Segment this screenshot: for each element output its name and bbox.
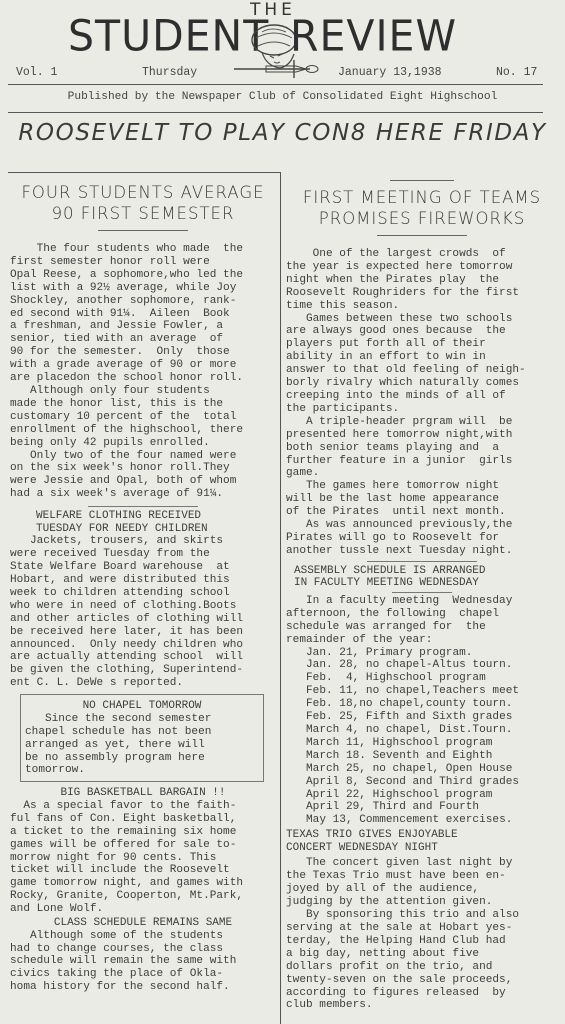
- notice-body: Since the second semesterchapel schedule…: [25, 713, 259, 778]
- text-line: a big day, netting about five: [286, 948, 558, 961]
- right-column: FIRST MEETING OF TEAMS PROMISES FIREWORK…: [286, 170, 558, 1012]
- text-line: are always good ones because the: [286, 325, 558, 338]
- volume-label: Vol. 1: [16, 66, 57, 79]
- divider-rule: [8, 112, 543, 113]
- text-line: night when the Pirates play the: [286, 274, 558, 287]
- short-rule: [88, 506, 198, 507]
- day-label: Thursday: [142, 66, 197, 79]
- text-line: answer to that old feeling of neigh-: [286, 364, 558, 377]
- text-line: 90 for the semester. Only those: [10, 346, 276, 359]
- text-line: are actually attending school will: [10, 651, 276, 664]
- text-line: Shockley, another sophomore, rank-: [10, 295, 276, 308]
- text-line: Although some of the students: [10, 930, 276, 943]
- headline-line: FIRST MEETING OF TEAMS: [286, 187, 558, 208]
- headline-class-schedule: CLASS SCHEDULE REMAINS SAME: [10, 917, 276, 930]
- text-line: afternoon, the following chapel: [286, 608, 558, 621]
- text-line: being only 42 pupils enrolled.: [10, 437, 276, 450]
- text-line: games will be offered for sale to-: [10, 839, 276, 852]
- text-line: As was announced previously,the: [286, 519, 558, 532]
- text-line: Jackets, trousers, and skirts: [10, 535, 276, 548]
- text-line: will be the last home appearance: [286, 493, 558, 506]
- issue-number: No. 17: [496, 66, 537, 79]
- text-line: By sponsoring this trio and also: [286, 909, 558, 922]
- text-line: civics taking the place of Okla-: [10, 968, 276, 981]
- text-line: the participants.: [286, 403, 558, 416]
- text-line: homa history for the second half.: [10, 981, 276, 994]
- text-line: club members.: [286, 999, 558, 1012]
- headline-line: WELFARE CLOTHING RECEIVED: [36, 510, 276, 523]
- text-line: Pirates will go to Roosevelt for: [286, 532, 558, 545]
- headline-texas-trio: TEXAS TRIO GIVES ENJOYABLE CONCERT WEDNE…: [286, 829, 558, 854]
- boxed-notice-no-chapel: NO CHAPEL TOMORROW Since the second seme…: [20, 694, 264, 782]
- text-line: March 18. Seventh and Eighth: [306, 750, 558, 763]
- text-line: joyed by all of the audience,: [286, 883, 558, 896]
- text-line: chapel schedule has not been: [25, 726, 259, 739]
- text-line: arranged as yet, there will: [25, 739, 259, 752]
- text-line: ed second with 91¼. Aileen Book: [10, 308, 276, 321]
- text-line: of the Pirates until next month.: [286, 506, 558, 519]
- short-rule: [392, 592, 452, 593]
- text-line: State Welfare Board warehouse at: [10, 561, 276, 574]
- short-rule: [377, 235, 467, 236]
- headline-basketball-bargain: BIG BASKETBALL BARGAIN !!: [10, 787, 276, 800]
- text-line: customary 10 percent of the total: [10, 411, 276, 424]
- text-line: ful fans of Con. Eight basketball,: [10, 813, 276, 826]
- text-line: who were in need of clothing.Boots: [10, 600, 276, 613]
- article-honor-roll: The four students who made thefirst seme…: [10, 243, 276, 501]
- text-line: Only two of the four named were: [10, 450, 276, 463]
- text-line: week to children attending school: [10, 587, 276, 600]
- text-line: enrollment of the highschool, there: [10, 424, 276, 437]
- text-line: had to change courses, the class: [10, 943, 276, 956]
- text-line: game tomorrow night, and games with: [10, 877, 276, 890]
- text-line: Although only four students: [10, 385, 276, 398]
- text-line: judging by the attention given.: [286, 896, 558, 909]
- chapel-schedule-list: Jan. 21, Primary program.Jan. 28, no cha…: [286, 647, 558, 828]
- dateline: Vol. 1 Thursday January 13,1938 No. 17: [0, 66, 565, 82]
- divider-rule: [8, 84, 543, 85]
- text-line: Rocky, Granite, Cooperton, Mt.Park,: [10, 890, 276, 903]
- article-texas-trio: The concert given last night bythe Texas…: [286, 857, 558, 1012]
- banner-headline: ROOSEVELT TO PLAY CON8 HERE FRIDAY: [0, 120, 565, 146]
- text-line: be given the clothing, Superintend-: [10, 664, 276, 677]
- text-line: One of the largest crowds of: [286, 248, 558, 261]
- text-line: are placedon the school honor roll.: [10, 372, 276, 385]
- headline-line: 90 FIRST SEMESTER: [10, 203, 276, 224]
- newspaper-page: STUDENT THE REVIEW Vol. 1 Thursday Janua…: [0, 0, 565, 1024]
- left-column: FOUR STUDENTS AVERAGE 90 FIRST SEMESTER …: [10, 170, 276, 994]
- text-line: April 29, Third and Fourth: [306, 801, 558, 814]
- text-line: The games here tomorrow night: [286, 480, 558, 493]
- text-line: list with a 92½ average, while Joy: [10, 282, 276, 295]
- text-line: twenty-seven on the sale proceeds,: [286, 974, 558, 987]
- text-line: creeping into the minds of all of: [286, 390, 558, 403]
- text-line: presented here tomorrow night,with: [286, 429, 558, 442]
- headline-line: ASSEMBLY SCHEDULE IS ARRANGED: [294, 565, 558, 578]
- text-line: first semester honor roll were: [10, 256, 276, 269]
- text-line: another tussle next Tuesday night.: [286, 545, 558, 558]
- text-line: The four students who made the: [10, 243, 276, 256]
- text-line: with a grade average of 90 or more: [10, 359, 276, 372]
- article-class-schedule: Although some of the studentshad to chan…: [10, 930, 276, 995]
- text-line: Roosevelt Roughriders for the first: [286, 287, 558, 300]
- text-line: Feb. 11, no chapel,Teachers meet: [306, 685, 558, 698]
- text-line: be received here later, it has been: [10, 626, 276, 639]
- text-line: The concert given last night by: [286, 857, 558, 870]
- headline-line: TUESDAY FOR NEEDY CHILDREN: [36, 523, 276, 536]
- text-line: players put forth all of their: [286, 338, 558, 351]
- text-line: dollars profit on the trio, and: [286, 961, 558, 974]
- text-line: a freshman, and Jessie Fowler, a: [10, 320, 276, 333]
- text-line: Jan. 28, no chapel-Altus tourn.: [306, 659, 558, 672]
- text-line: the year is expected here tomorrow: [286, 261, 558, 274]
- headline-first-meeting: FIRST MEETING OF TEAMS PROMISES FIREWORK…: [286, 187, 558, 229]
- text-line: Feb. 18,no chapel,county tourn.: [306, 698, 558, 711]
- text-line: and Lone Wolf.: [10, 903, 276, 916]
- text-line: senior, tied with an average of: [10, 333, 276, 346]
- masthead: STUDENT THE REVIEW: [0, 0, 565, 70]
- text-line: further feature in a junior girls: [286, 455, 558, 468]
- text-line: borly rivalry which naturally comes: [286, 377, 558, 390]
- notice-headline: NO CHAPEL TOMORROW: [25, 700, 259, 713]
- text-line: Opal Reese, a sophomore,who led the: [10, 269, 276, 282]
- text-line: Feb. 4, Highschool program: [306, 672, 558, 685]
- text-line: ent C. L. DeWe s reported.: [10, 677, 276, 690]
- text-line: As a special favor to the faith-: [10, 800, 276, 813]
- headline-line: IN FACULTY MEETING WEDNESDAY: [294, 577, 558, 590]
- text-line: May 13, Commencement exercises.: [306, 814, 558, 827]
- text-line: game.: [286, 467, 558, 480]
- text-line: be no assembly program here: [25, 752, 259, 765]
- short-rule: [98, 230, 188, 231]
- headline-welfare-clothing: WELFARE CLOTHING RECEIVED TUESDAY FOR NE…: [10, 510, 276, 535]
- text-line: April 8, Second and Third grades: [306, 776, 558, 789]
- headline-assembly-schedule: ASSEMBLY SCHEDULE IS ARRANGED IN FACULTY…: [286, 565, 558, 590]
- text-line: Feb. 25, Fifth and Sixth grades: [306, 711, 558, 724]
- text-line: Hobart, and were distributed this: [10, 574, 276, 587]
- text-line: both senior teams playing and a: [286, 442, 558, 455]
- text-line: a ticket to the remaining six home: [10, 826, 276, 839]
- text-line: remainder of the year:: [286, 634, 558, 647]
- column-divider: [280, 172, 281, 1024]
- text-line: schedule will remain the same with: [10, 955, 276, 968]
- article-welfare-clothing: Jackets, trousers, and skirtswere receiv…: [10, 535, 276, 690]
- date-label: January 13,1938: [338, 66, 442, 79]
- text-line: and other articles of clothing will: [10, 613, 276, 626]
- text-line: Jan. 21, Primary program.: [306, 647, 558, 660]
- headline-line: FOUR STUDENTS AVERAGE: [10, 182, 276, 203]
- text-line: according to figures released by: [286, 987, 558, 1000]
- text-line: ticket will include the Roosevelt: [10, 864, 276, 877]
- text-line: time this season.: [286, 300, 558, 313]
- text-line: serving at the sale at Hobart yes-: [286, 922, 558, 935]
- text-line: terday, the Helping Hand Club had: [286, 935, 558, 948]
- masthead-title-right: REVIEW: [290, 11, 457, 61]
- text-line: schedule was arranged for the: [286, 621, 558, 634]
- text-line: were received Tuesday from the: [10, 548, 276, 561]
- article-first-meeting: One of the largest crowds ofthe year is …: [286, 248, 558, 558]
- headline-line: CONCERT WEDNESDAY NIGHT: [286, 842, 558, 855]
- text-line: made the honor list, this is the: [10, 398, 276, 411]
- text-line: March 25, no chapel, Open House: [306, 763, 558, 776]
- text-line: had a six week's average of 91¼.: [10, 488, 276, 501]
- text-line: morrow night for 90 cents. This: [10, 852, 276, 865]
- short-rule: [390, 180, 454, 181]
- publisher-line: Published by the Newspaper Club of Conso…: [0, 91, 565, 103]
- text-line: Since the second semester: [25, 713, 259, 726]
- article-assembly-schedule: In a faculty meeting Wednesdayafternoon,…: [286, 595, 558, 647]
- text-line: the Texas Trio must have been en-: [286, 870, 558, 883]
- text-line: A triple-header prgram will be: [286, 416, 558, 429]
- headline-honor-roll: FOUR STUDENTS AVERAGE 90 FIRST SEMESTER: [10, 182, 276, 224]
- text-line: announced. Only needy children who: [10, 639, 276, 652]
- text-line: March 11, Highschool program: [306, 737, 558, 750]
- text-line: Games between these two schools: [286, 313, 558, 326]
- text-line: were Jessie and Opal, both of whom: [10, 475, 276, 488]
- headline-line: TEXAS TRIO GIVES ENJOYABLE: [286, 829, 558, 842]
- text-line: ability in an effort to win in: [286, 351, 558, 364]
- article-basketball-bargain: As a special favor to the faith-ful fans…: [10, 800, 276, 916]
- text-line: March 4, no chapel, Dist.Tourn.: [306, 724, 558, 737]
- headline-line: PROMISES FIREWORKS: [286, 208, 558, 229]
- text-line: April 22, Highschool program: [306, 789, 558, 802]
- text-line: tomorrow.: [25, 764, 259, 777]
- short-rule: [367, 561, 477, 562]
- text-line: on the six week's honor roll.They: [10, 462, 276, 475]
- text-line: In a faculty meeting Wednesday: [286, 595, 558, 608]
